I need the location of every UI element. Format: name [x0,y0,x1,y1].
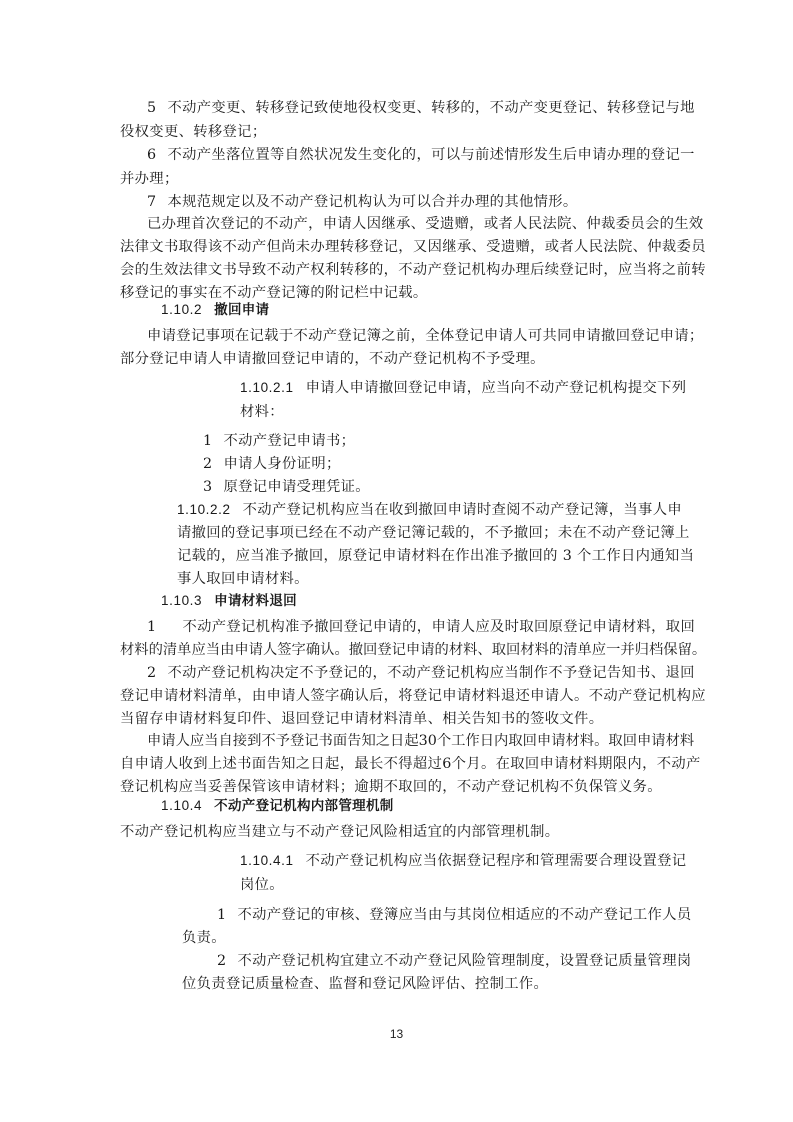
clause-text: 不动产登记机构应当依据登记程序和管理需要合理设置登记 [306,853,687,869]
list-text: 不动产登记机构准予撤回登记申请的，申请人应及时取回原登记申请材料，取回 [182,619,695,635]
list-number: 5 [147,100,156,116]
text-line: 当留存申请材料复印件、退回登记申请材料清单、相关告知书的签收文件。 [120,709,603,729]
text-line: 并办理； [120,169,179,189]
heading-number: 1.10.3 [161,593,202,608]
list-text: 申请人身份证明； [223,456,340,472]
list-text: 不动产坐落位置等自然状况发生变化的，可以与前述情形发生后申请办理的登记一 [167,147,694,163]
paragraph-line: 已办理首次登记的不动产，申请人因继承、受遗赠，或者人民法院、仲裁委员会的生效 [147,214,704,234]
paragraph-line: 不动产登记机构应当建立与不动产登记风险相适宜的内部管理机制。 [120,822,559,842]
clause-1-10-2-1: 1.10.2.1申请人申请撤回登记申请，应当向不动产登记机构提交下列 [240,378,686,398]
clause-number: 1.10.4.1 [240,853,294,868]
list-number: 6 [147,147,156,163]
material-item-2: 2申请人身份证明； [203,454,341,474]
clause-1-10-2-2: 1.10.2.2不动产登记机构应当在收到撤回申请时查阅不动产登记簿，当事人申 [177,500,682,520]
list-number: 1 [147,619,156,635]
clause-text-line: 材料： [240,402,284,422]
document-page: 5不动产变更、转移登记致使地役权变更、转移的，不动产变更登记、转移登记与地 役权… [0,0,793,1122]
management-item-1: 1不动产登记的审核、登簿应当由与其岗位相适应的不动产登记工作人员 [217,905,692,925]
clause-number: 1.10.2.1 [240,380,294,395]
clause-text-line: 事人取回申请材料。 [177,569,309,589]
clause-number: 1.10.2.2 [177,502,231,517]
list-number: 2 [147,665,156,681]
list-number: 1 [203,433,212,449]
list-text: 原登记申请受理凭证。 [223,479,369,495]
section-heading-1-10-2: 1.10.2撤回申请 [161,300,269,320]
text-line: 登记申请材料清单，由申请人签字确认后，将登记申请材料退还申请人。不动产登记机构应 [120,686,706,706]
material-item-3: 3原登记申请受理凭证。 [203,477,370,497]
list-number: 2 [203,456,212,472]
list-number: 2 [217,953,226,969]
list-text: 本规范规定以及不动产登记机构认为可以合并办理的其他情形。 [167,194,577,210]
list-item-5: 5不动产变更、转移登记致使地役权变更、转移的，不动产变更登记、转移登记与地 [147,98,695,118]
paragraph-line: 申请人应当自接到不予登记书面告知之日起30个工作日内取回申请材料。取回申请材料 [147,731,694,751]
material-item-1: 1不动产登记申请书； [203,431,355,451]
heading-number: 1.10.4 [161,798,202,813]
list-item-7: 7本规范规定以及不动产登记机构认为可以合并办理的其他情形。 [147,192,578,212]
heading-title: 申请材料退回 [214,593,297,609]
clause-text-line: 请撤回的登记事项已经在不动产登记簿记载的，不予撤回；未在不动产登记簿上 [177,523,690,543]
paragraph-line: 申请登记事项在记载于不动产登记簿之前，全体登记申请人可共同申请撤回登记申请； [147,326,704,346]
list-text: 不动产登记申请书； [223,433,355,449]
text-line: 负责。 [182,928,226,948]
clause-text-line: 岗位。 [240,875,284,895]
clause-1-10-4-1: 1.10.4.1不动产登记机构应当依据登记程序和管理需要合理设置登记 [240,851,686,871]
section-heading-1-10-4: 1.10.4不动产登记机构内部管理机制 [161,796,394,816]
list-number: 3 [203,479,212,495]
heading-title: 不动产登记机构内部管理机制 [214,798,393,814]
text-line: 役权变更、转移登记； [120,122,266,142]
section-heading-1-10-3: 1.10.3申请材料退回 [161,591,297,611]
list-number: 1 [217,907,226,923]
management-item-2: 2不动产登记机构宜建立不动产登记风险管理制度，设置登记质量管理岗 [217,951,692,971]
text-line: 材料的清单应当由申请人签字确认。撤回登记申请的材料、取回材料的清单应一并归档保留… [120,640,706,660]
paragraph-line: 会的生效法律文书导致不动产权利转移的，不动产登记机构办理后续登记时，应当将之前转 [120,260,706,280]
clause-text-line: 记载的，应当准予撤回，原登记申请材料在作出准予撤回的 3 个工作日内通知当 [177,546,694,566]
paragraph-line: 自申请人收到上述书面告知之日起，最长不得超过6个月。在取回申请材料期限内，不动产 [120,754,701,774]
list-text: 不动产登记的审核、登簿应当由与其岗位相适应的不动产登记工作人员 [237,907,691,923]
page-number: 13 [0,1027,793,1041]
clause-text: 申请人申请撤回登记申请，应当向不动产登记机构提交下列 [306,380,687,396]
list-text: 不动产变更、转移登记致使地役权变更、转移的，不动产变更登记、转移登记与地 [167,100,694,116]
return-item-2: 2不动产登记机构决定不予登记的，不动产登记机构应当制作不予登记告知书、退回 [147,663,695,683]
paragraph-line: 法律文书取得该不动产但尚未办理转移登记，又因继承、受遗赠，或者人民法院、仲裁委员 [120,237,706,257]
list-text: 不动产登记机构决定不予登记的，不动产登记机构应当制作不予登记告知书、退回 [167,665,694,681]
paragraph-line: 部分登记申请人申请撤回登记申请的，不动产登记机构不予受理。 [120,349,545,369]
list-number: 7 [147,194,156,210]
return-item-1: 1不动产登记机构准予撤回登记申请的，申请人应及时取回原登记申请材料，取回 [147,617,695,637]
paragraph-line: 登记机构应当妥善保管该申请材料；逾期不取回的，不动产登记机构不负保管义务。 [120,777,662,797]
heading-title: 撤回申请 [214,302,269,318]
clause-text: 不动产登记机构应当在收到撤回申请时查阅不动产登记簿，当事人申 [243,502,682,518]
list-text: 不动产登记机构宜建立不动产登记风险管理制度，设置登记质量管理岗 [237,953,691,969]
heading-number: 1.10.2 [161,302,202,317]
text-line: 位负责登记质量检查、监督和登记风险评估、控制工作。 [182,974,548,994]
list-item-6: 6不动产坐落位置等自然状况发生变化的，可以与前述情形发生后申请办理的登记一 [147,145,695,165]
